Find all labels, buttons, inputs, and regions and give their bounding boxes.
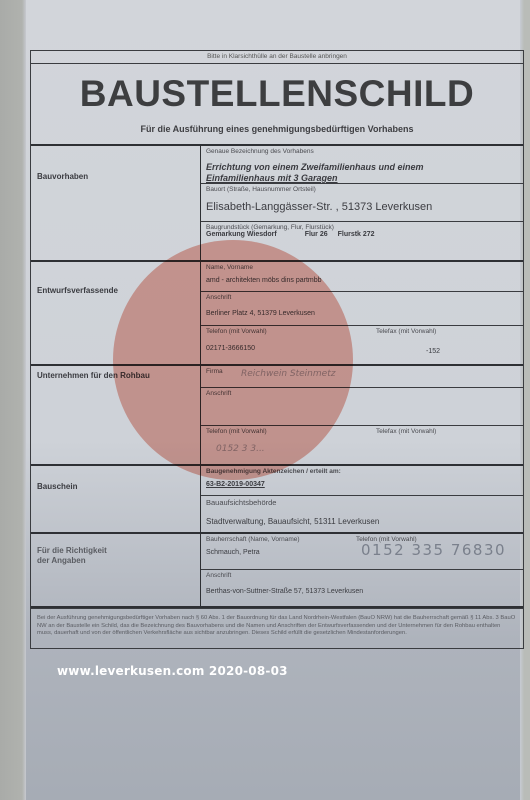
- richtigkeit-label-line2: der Angaben: [37, 556, 86, 565]
- designer-phone-field: Telefon (mit Vorwahl) Telefax (mit Vorwa…: [201, 326, 523, 364]
- designer-address-field: Anschrift Berliner Platz 4, 51379 Leverk…: [201, 292, 523, 326]
- construction-sign-form: Bitte in Klarsichthülle an der Baustelle…: [30, 50, 524, 649]
- plot-flur: Flur 26: [305, 231, 328, 238]
- sign-title: BAUSTELLENSCHILD: [31, 64, 523, 118]
- location-field: Bauort (Straße, Hausnummer Ortsteil) Eli…: [201, 184, 523, 222]
- section-richtigkeit: Für die Richtigkeit der Angaben Bauherrs…: [31, 534, 523, 608]
- project-description-line1: Errichtung von einem Zweifamilienhaus un…: [206, 162, 518, 173]
- designer-phone-value: 02171-3666150: [206, 345, 518, 352]
- permit-field: Baugenehmigung Aktenzeichen / erteilt am…: [201, 466, 523, 496]
- rohbau-label: Unternehmen für den Rohbau: [37, 371, 150, 380]
- designer-name-field: Name, Vorname amd - architekten möbs din…: [201, 262, 523, 292]
- section-bauschein: Bauschein Baugenehmigung Aktenzeichen / …: [31, 466, 523, 534]
- entwurf-label: Entwurfsverfassende: [37, 286, 118, 295]
- contractor-address-field: Anschrift: [201, 388, 523, 426]
- section-entwurf: Entwurfsverfassende Name, Vorname amd - …: [31, 262, 523, 366]
- contractor-company-field: Firma Reichwein Steinmetz: [201, 366, 523, 388]
- owner-phone-value: 0152 335 76830: [361, 541, 506, 559]
- contractor-phone-field: Telefon (mit Vorwahl) Telefax (mit Vorwa…: [201, 426, 523, 464]
- plot-field: Baugrundstück (Gemarkung, Flur, Flurstüc…: [201, 222, 523, 260]
- designer-address-value: Berliner Platz 4, 51379 Leverkusen: [206, 310, 518, 317]
- project-description-field: Genaue Bezeichnung des Vorhabens Erricht…: [201, 146, 523, 184]
- owner-address-value: Berthas-von-Suttner-Straße 57, 51373 Lev…: [206, 588, 518, 595]
- legal-footnote: Bei der Ausführung genehmigungsbedürftig…: [31, 608, 523, 648]
- plot-gemarkung: Gemarkung Wiesdorf: [206, 231, 277, 238]
- owner-address-field: Anschrift Berthas-von-Suttner-Straße 57,…: [201, 570, 523, 606]
- designer-fax-value: -152: [426, 348, 440, 355]
- section-bauvorhaben: Bauvorhaben Genaue Bezeichnung des Vorha…: [31, 146, 523, 262]
- richtigkeit-label-line1: Für die Richtigkeit: [37, 546, 107, 555]
- watermark-caption: www.leverkusen.com 2020-08-03: [57, 664, 288, 678]
- project-description-line2: Einfamilienhaus mit 3 Garagen: [206, 173, 518, 184]
- contractor-phone-value: 0152 3 3...: [216, 444, 265, 454]
- bauschein-label: Bauschein: [37, 482, 77, 491]
- sign-sheet: Bitte in Klarsichthülle an der Baustelle…: [26, 0, 520, 800]
- owner-field: Bauherrschaft (Name, Vorname) Telefon (m…: [201, 534, 523, 570]
- section-label: Bauvorhaben: [31, 146, 201, 260]
- location-value: Elisabeth-Langgässer-Str. , 51373 Leverk…: [206, 201, 518, 213]
- designer-name-value: amd - architekten möbs dins partmbb: [206, 277, 518, 284]
- authority-field: Bauaufsichtsbehörde Stadtverwaltung, Bau…: [201, 496, 523, 532]
- bauvorhaben-label: Bauvorhaben: [37, 172, 88, 181]
- contractor-company-value: Reichwein Steinmetz: [241, 369, 335, 379]
- permit-number: 63-B2-2019-00347: [206, 481, 518, 488]
- authority-value: Stadtverwaltung, Bauaufsicht, 51311 Leve…: [206, 517, 518, 526]
- sign-subtitle: Für die Ausführung eines genehmigungsbed…: [31, 118, 523, 146]
- plot-flurstueck: Flurstk 272: [338, 231, 375, 238]
- mounting-hint: Bitte in Klarsichthülle an der Baustelle…: [31, 51, 523, 64]
- section-rohbau: Unternehmen für den Rohbau Firma Reichwe…: [31, 366, 523, 466]
